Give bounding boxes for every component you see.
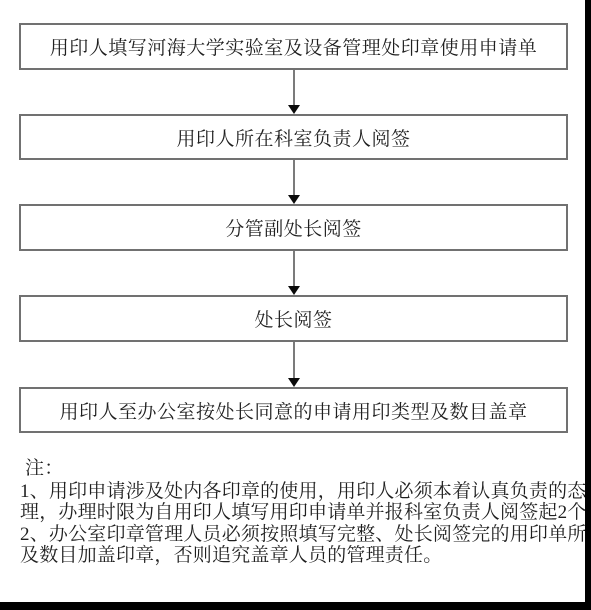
notes-section: 注： 1、用印申请涉及处内各印章的使用，用印人必须本着认真负责的态度申请办 理，… — [20, 458, 576, 567]
arrow-head-icon — [288, 378, 300, 387]
note-line-4: 及数目加盖印章，否则追究盖章人员的管理责任。 — [20, 545, 576, 567]
arrow-line — [293, 342, 295, 380]
flow-arrow-down-1 — [288, 70, 300, 114]
arrow-line — [293, 251, 295, 288]
note-line-2: 理，办理时限为自用印人填写用印申请单并报科室负责人阅签起2个工作日。 — [20, 502, 576, 524]
arrow-head-icon — [288, 286, 300, 295]
scan-edge-bottom — [0, 602, 591, 610]
arrow-line — [293, 160, 295, 197]
flow-arrow-down-3 — [288, 251, 300, 295]
flowchart-page: 用印人填写河海大学实验室及设备管理处印章使用申请单 用印人所在科室负责人阅签 分… — [0, 0, 591, 610]
scan-edge-right — [585, 0, 591, 610]
flow-step-deputy-director-review: 分管副处长阅签 — [19, 204, 568, 251]
flow-arrow-down-4 — [288, 342, 300, 387]
note-line-3: 2、办公室印章管理人员必须按照填写完整、处长阅签完的用印单所示的类型 — [20, 524, 576, 546]
flow-step-section-head-review: 用印人所在科室负责人阅签 — [19, 114, 568, 160]
arrow-head-icon — [288, 105, 300, 114]
arrow-head-icon — [288, 195, 300, 204]
flow-step-director-review: 处长阅签 — [19, 295, 568, 342]
note-line-1: 1、用印申请涉及处内各印章的使用，用印人必须本着认真负责的态度申请办 — [20, 481, 576, 503]
notes-heading: 注： — [20, 458, 576, 480]
flow-step-fill-application: 用印人填写河海大学实验室及设备管理处印章使用申请单 — [19, 23, 568, 70]
flow-arrow-down-2 — [288, 160, 300, 204]
arrow-line — [293, 70, 295, 107]
flow-step-stamp-at-office: 用印人至办公室按处长同意的申请用印类型及数目盖章 — [19, 387, 568, 433]
